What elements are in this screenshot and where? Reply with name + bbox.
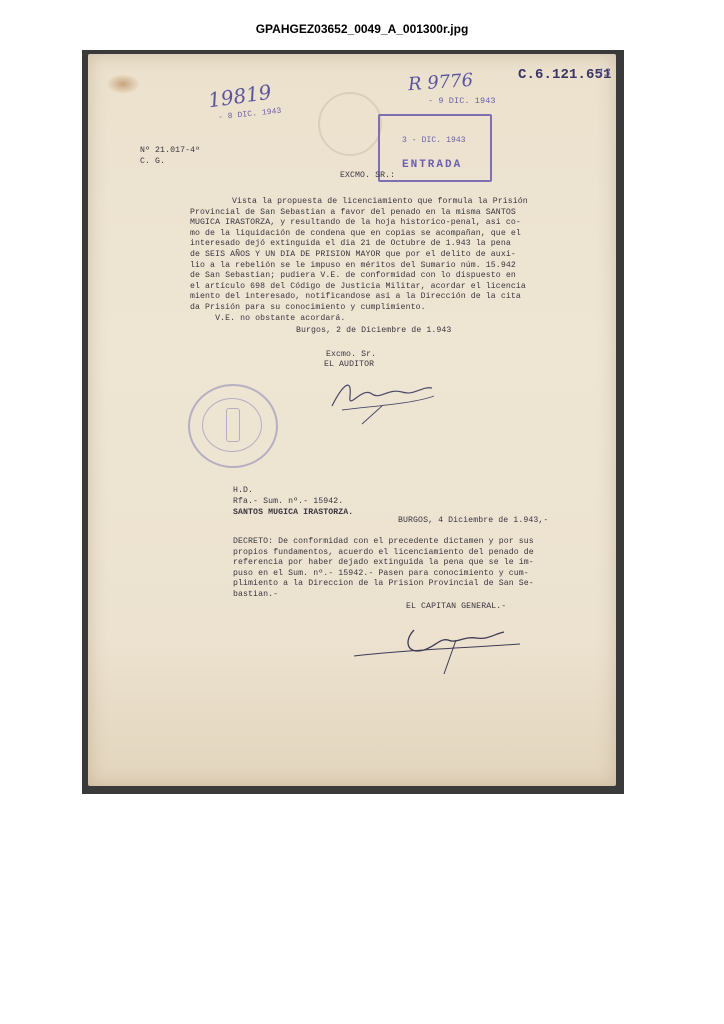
- decree-line: plimiento a la Direccion de la Prision P…: [233, 579, 534, 590]
- reference-number: Nº 21.017-4ª: [140, 146, 200, 157]
- body-line: MUGICA IRASTORZA, y resultando de la hoj…: [190, 218, 521, 229]
- place-date-2: BURGOS, 4 Diciembre de 1.943,-: [398, 516, 548, 527]
- seal-emblem: [226, 408, 240, 442]
- decree-line: bastian.-: [233, 590, 278, 601]
- body-line: Provincial de San Sebastian a favor del …: [190, 208, 516, 219]
- decree-line: propios fundamentos, acuerdo el licencia…: [233, 548, 534, 559]
- decree-line: referencia por haber dejado extinguida l…: [233, 558, 534, 569]
- salutation: EXCMO. SR.:: [340, 171, 395, 182]
- body-line: miento del interesado, notificandose asi…: [190, 292, 521, 303]
- decree-line: puso en el Sum. nº.- 15942.- Pasen para …: [233, 569, 529, 580]
- body-line: de SEIS AÑOS Y UN DIA DE PRISION MAYOR q…: [190, 250, 516, 261]
- handwritten-number-left: 19819: [207, 80, 273, 113]
- closing-1: Excmo. Sr.: [326, 350, 376, 361]
- body-line: lio a la rebelión se le impuso en mérito…: [190, 261, 516, 272]
- ref-line-1: H.D.: [233, 486, 253, 497]
- signature-auditor: [322, 366, 452, 426]
- paper-page: 19819 - 8 DIC. 1943 R 9776 - 9 DIC. 1943…: [88, 54, 616, 786]
- body-line: da Prisión para su conocimiento y cumpli…: [190, 303, 426, 314]
- stain-mark: [106, 74, 140, 94]
- reference-sub: C. G.: [140, 157, 165, 168]
- entry-stamp-date: 3 - DIC. 1943: [402, 136, 466, 147]
- body-line: de San Sebastian; pudiera V.E. de confor…: [190, 271, 516, 282]
- body-line: mo de la liquidación de condena que en c…: [190, 229, 521, 240]
- scanned-document: 19819 - 8 DIC. 1943 R 9776 - 9 DIC. 1943…: [82, 50, 624, 794]
- ref-line-2: Rfa.- Sum. nº.- 15942.: [233, 497, 343, 508]
- body-line: Vista la propuesta de licenciamiento que…: [232, 197, 528, 208]
- handwritten-number-right: R 9776: [407, 70, 473, 95]
- body-line: interesado dejó extinguida el dia 21 de …: [190, 239, 511, 250]
- date-stamp-right: - 9 DIC. 1943: [428, 96, 496, 107]
- body-line: el artículo 698 del Código de Justicia M…: [190, 282, 526, 293]
- entry-stamp-label: ENTRADA: [402, 160, 462, 171]
- embossed-seal: [318, 92, 382, 156]
- file-title: GPAHGEZ03652_0049_A_001300r.jpg: [0, 22, 724, 36]
- ref-line-3: SANTOS MUGICA IRASTORZA.: [233, 508, 353, 519]
- decree-line: DECRETO: De conformidad con el precedent…: [233, 537, 534, 548]
- signature-capitan-general: [344, 610, 524, 680]
- catalog-suffix: 13: [598, 68, 611, 79]
- body-line: V.E. no obstante acordará.: [190, 314, 345, 325]
- place-date-1: Burgos, 2 de Diciembre de 1.943: [296, 326, 451, 337]
- auditoria-seal: [188, 384, 278, 468]
